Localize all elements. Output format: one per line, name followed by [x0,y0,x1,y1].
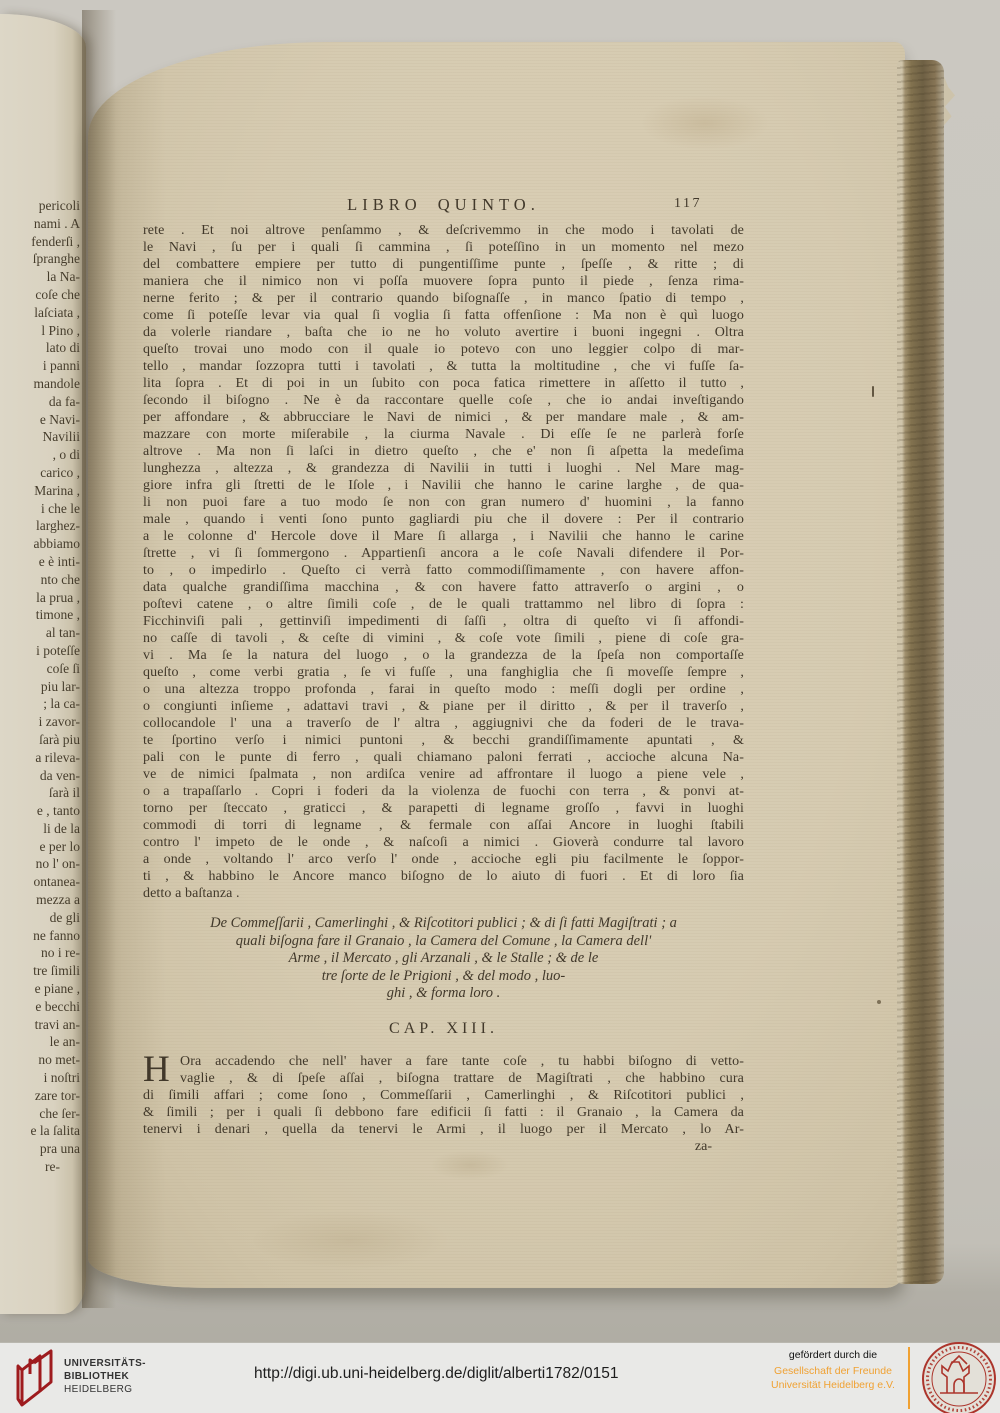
text-line: vaglie , & di ſpeſe aſſai , biſogna trat… [143,1070,744,1087]
text-line: te ſportino verſo i nimici puntoni , & b… [143,732,744,749]
ink-mark [872,386,874,397]
text-line: ti , & habbino le Ancore manco biſogno d… [143,868,744,885]
text-line: o a trapaſſarlo . Copri i foderi da la v… [143,783,744,800]
running-header: LIBRO QUINTO. 117 [143,195,744,222]
margin-fragment-line: e Navi- [0,411,80,429]
text-line: poſtevi catene , o altre ſimili coſe , d… [143,596,744,613]
margin-fragment-line: a rileva- [0,749,80,767]
library-line2: BIBLIOTHEK [64,1370,146,1383]
text-line: del combattere empiere per tutto di pung… [143,256,744,273]
margin-fragment-line: li de la [0,820,80,838]
university-library-logo-icon [13,1348,59,1408]
text-line: queſto trovai uno modo con il quale io p… [143,341,744,358]
summary-line: ghi , & forma loro . [143,985,744,1003]
text-line: tenervi i denari , quella da tenervi le … [143,1121,744,1138]
text-line: o una altezza troppo profonda , farai in… [143,681,744,698]
margin-fragment-line: coſe che [0,286,80,304]
margin-fragment-line: che ſer- [0,1105,80,1123]
text-line: altrove . Ma non ſi laſci in dietro queſ… [143,443,744,460]
margin-fragment-line: no l' on- [0,855,80,873]
margin-fragment-line: al tan- [0,624,80,642]
text-line: mazzare con morte miſerabile , la ciurma… [143,426,744,443]
text-line: o congiunti inſieme , adattavi travi , &… [143,698,744,715]
text-line: da volerle riandare , baſta che io ne ho… [143,324,744,341]
margin-fragment-line: i panni [0,357,80,375]
text-line: ſecondo il biſogno . Ne è da raccontare … [143,392,744,409]
text-line: come ſi poteſſe levar via qual ſi voglia… [143,307,744,324]
margin-fragment-line: la prua , [0,589,80,607]
chapter-paragraph: H Ora accadendo che nell' haver a fare t… [143,1053,744,1155]
text-line: di ſimili affari ; come ſono , Commeſſar… [143,1087,744,1104]
margin-fragment-line: , o di [0,446,80,464]
text-line: data qualche grandiſſima macchina , & co… [143,579,744,596]
margin-fragment-line: laſciata , [0,304,80,322]
text-line: Ora accadendo che nell' haver a fare tan… [143,1053,744,1070]
margin-fragment-line: de gli [0,909,80,927]
margin-fragment-line: abbiamo [0,535,80,553]
text-line: Ficchinviſi pali , gettinviſi impediment… [143,613,744,630]
margin-fragment-line: la Na- [0,268,80,286]
book-fore-edge [897,60,944,1284]
margin-fragment-line: mandole [0,375,80,393]
text-line: li non puoi fare a tuo modo ſe non con g… [143,494,744,511]
text-line: collocandole l' una a traverſo de l' alt… [143,715,744,732]
text-line: ſtrette , vi ſi ſommergono . Appartienſi… [143,545,744,562]
summary-line: tre ſorte de le Prigioni , & del modo , … [143,968,744,986]
margin-fragment-line: ſpranghe [0,250,80,268]
text-line: no caſſe di tavoli , & ceſte di vimini ,… [143,630,744,647]
margin-fragment-line: nto che [0,571,80,589]
text-line: a le colonne d' Hercole dove il Mare ſi … [143,528,744,545]
margin-fragment-line: e , tanto [0,802,80,820]
text-line: contro l' impeto de le onde , & naſcoſi … [143,834,744,851]
catchword: za- [143,1138,744,1155]
text-line: vi . Ma ſe la natura del luogo , o la gr… [143,647,744,664]
margin-fragment-line: e per lo [0,838,80,856]
margin-fragment-line: re- [0,1158,80,1176]
university-seal-icon [920,1340,998,1413]
margin-fragment-line: i poteſſe [0,642,80,660]
margin-fragment-line: pra una [0,1140,80,1158]
facing-page-text-fragments: pericolinami . Afenderſi ,ſpranghela Na-… [0,197,80,1176]
funding-org-line1: Gesellschaft der Freunde [758,1365,908,1379]
margin-fragment-line: da fa- [0,393,80,411]
text-line: giore infra gli ſtretti de le Iſole , i … [143,477,744,494]
text-line: maniera che il nimico non vi poſſa muove… [143,273,744,290]
margin-fragment-line: i noſtri [0,1069,80,1087]
text-line: nerne ferito ; & per il contrario quando… [143,290,744,307]
margin-fragment-line: Navilii [0,428,80,446]
margin-fragment-line: larghez- [0,517,80,535]
text-line: ve de nimici ſpalmata , non ardiſca veni… [143,766,744,783]
margin-fragment-line: piu lar- [0,678,80,696]
margin-fragment-line: no i re- [0,944,80,962]
margin-fragment-line: ontanea- [0,873,80,891]
viewer-footer: UNIVERSITÄTS- BIBLIOTHEK HEIDELBERG http… [0,1342,1000,1413]
summary-line: Arme , il Mercato , gli Arzanali , & le … [143,950,744,968]
body-paragraph: rete . Et noi altrove penſammo , & deſcr… [143,222,744,902]
margin-fragment-line: carico , [0,464,80,482]
margin-fragment-line: nami . A [0,215,80,233]
margin-fragment-line: i zavor- [0,713,80,731]
digitization-url: http://digi.ub.uni-heidelberg.de/diglit/… [254,1365,619,1383]
library-line1: UNIVERSITÄTS- [64,1357,146,1370]
margin-fragment-line: e becchi [0,998,80,1016]
margin-fragment-line: i che le [0,500,80,518]
margin-fragment-line: coſe ſi [0,660,80,678]
text-line: male , quando i venti ſono punto gagliar… [143,511,744,528]
text-line: commodi di torri di legname , & fermale … [143,817,744,834]
chapter-heading: CAP. XIII. [143,1019,744,1039]
margin-fragment-line: da ven- [0,767,80,785]
footer-divider [908,1347,910,1409]
text-line: pali con le punte di ferro , quali chiam… [143,749,744,766]
margin-fragment-line: travi an- [0,1016,80,1034]
margin-fragment-line: ; la ca- [0,695,80,713]
margin-fragment-line: e piane , [0,980,80,998]
margin-fragment-line: Marina , [0,482,80,500]
text-line: per affondare , & abbrucciare le Navi de… [143,409,744,426]
gutter-shadow [82,10,116,1308]
page-number: 117 [674,196,702,212]
text-line: torno per ſteccato , graticci , & parape… [143,800,744,817]
text-line: to , o impedirlo . Queſto ci verrà fatto… [143,562,744,579]
chapter-summary: De Commeſſarii , Camerlinghi , & Riſcoti… [143,915,744,1003]
margin-fragment-line: e la ſalita [0,1122,80,1140]
margin-fragment-line: l Pino , [0,322,80,340]
text-line: detto a baſtanza . [143,885,744,902]
ink-mark [877,1000,881,1004]
margin-fragment-line: ſarà il [0,784,80,802]
margin-fragment-line: le an- [0,1033,80,1051]
margin-fragment-line: e è inti- [0,553,80,571]
margin-fragment-line: pericoli [0,197,80,215]
text-line: & ſimili ; per i quali ſi debbono fare e… [143,1104,744,1121]
margin-fragment-line: ne fanno [0,927,80,945]
text-line: tello , mandar ſozzopra tutti i tavolati… [143,358,744,375]
library-line3: HEIDELBERG [64,1383,146,1396]
drop-cap: H [143,1053,170,1087]
page-text: LIBRO QUINTO. 117 rete . Et noi altrove … [143,195,744,1155]
margin-fragment-line: timone , [0,606,80,624]
text-line: lunghezza , altezza , & grandezza di Nav… [143,460,744,477]
funding-prefix: gefördert durch die [758,1349,908,1361]
summary-line: De Commeſſarii , Camerlinghi , & Riſcoti… [143,915,744,933]
margin-fragment-line: no met- [0,1051,80,1069]
text-line: queſto , come verbi gratia , ſe vi fuſſe… [143,664,744,681]
text-line: rete . Et noi altrove penſammo , & deſcr… [143,222,744,239]
margin-fragment-line: ſarà piu [0,731,80,749]
text-line: lita ſopra . Et di poi in un ſubito con … [143,375,744,392]
margin-fragment-line: mezza a [0,891,80,909]
funding-org-line2: Universität Heidelberg e.V. [758,1379,908,1393]
margin-fragment-line: tre ſimili [0,962,80,980]
text-line: a onde , voltando l' arco verſo l' onde … [143,851,744,868]
funding-credit: gefördert durch die Gesellschaft der Fre… [758,1349,908,1392]
margin-fragment-line: zare tor- [0,1087,80,1105]
university-library-wordmark: UNIVERSITÄTS- BIBLIOTHEK HEIDELBERG [64,1357,146,1396]
book-title: LIBRO QUINTO. [143,195,744,215]
summary-line: quali biſogna fare il Granaio , la Camer… [143,933,744,951]
text-line: le Navi , ſu per i quali ſi cammina , ſi… [143,239,744,256]
margin-fragment-line: fenderſi , [0,233,80,251]
margin-fragment-line: lato di [0,339,80,357]
